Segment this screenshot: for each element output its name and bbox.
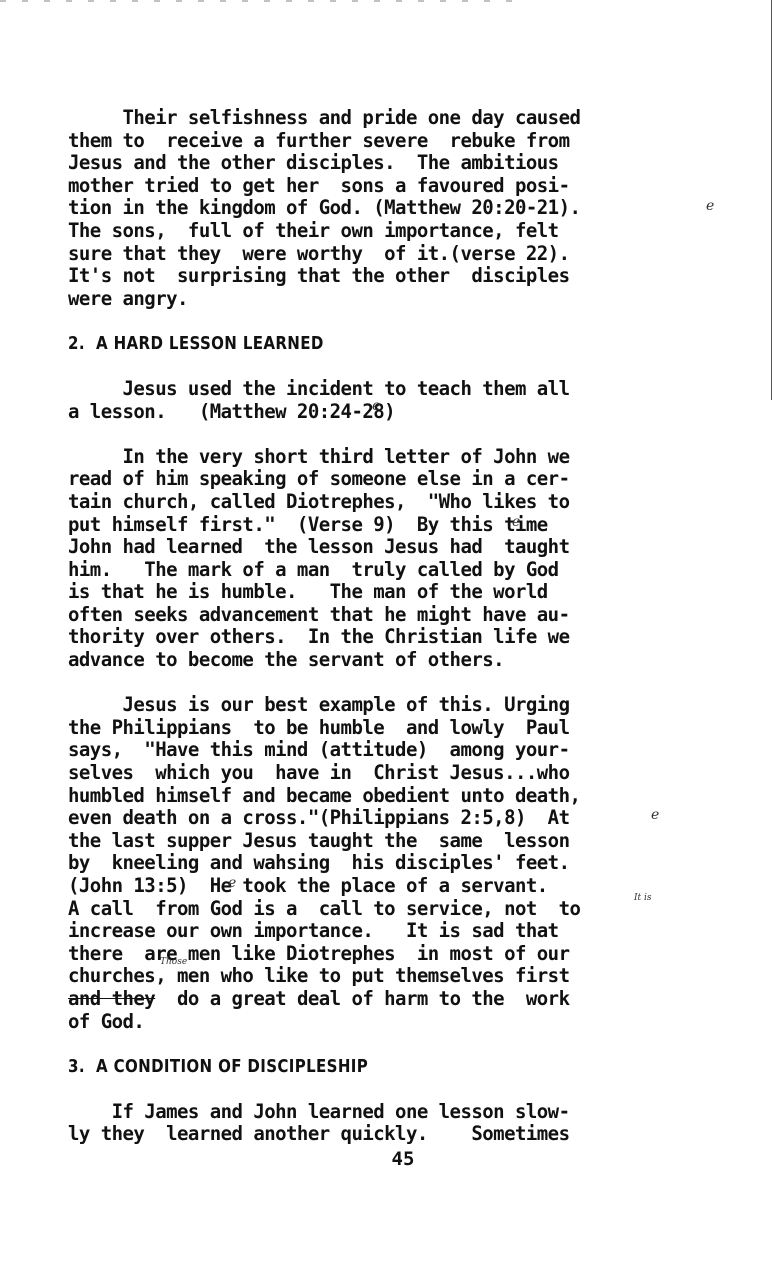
section-heading-2: 2. A HARD LESSON LEARNED xyxy=(68,333,618,355)
text-line: put himself first." (Verse 9) By this ti… xyxy=(68,514,695,537)
section-heading-3: 3. A CONDITION OF DISCIPLESHIP xyxy=(68,1056,618,1078)
page-number: 45 xyxy=(68,1148,708,1170)
struck-text: and they xyxy=(68,987,155,1010)
text-line: often seeks advancement that he might ha… xyxy=(68,604,695,627)
section-2-body: Jesus used the incident to teach them al… xyxy=(68,378,708,1033)
body-paragraph: Jesus is our best example of this. Urgin… xyxy=(68,694,708,1033)
text-line: The sons, full of their own importance, … xyxy=(68,220,695,243)
scan-artifact-top xyxy=(0,0,520,2)
handwritten-check-mark: e xyxy=(372,398,380,414)
text-line: were angry. xyxy=(68,288,695,311)
text-line: Jesus and the other disciples. The ambit… xyxy=(68,152,695,175)
section-3-body: If James and John learned one lesson slo… xyxy=(68,1101,708,1146)
text-line: selves which you have in Christ Jesus...… xyxy=(68,762,695,785)
text-line: It's not surprising that the other disci… xyxy=(68,265,695,288)
text-line: of God. xyxy=(68,1011,695,1034)
text-line: (John 13:5) He took the place of a serva… xyxy=(68,875,695,898)
body-paragraph: Jesus used the incident to teach them al… xyxy=(68,378,708,423)
text-line: mother tried to get her sons a favoured … xyxy=(68,175,695,198)
text-line: advance to become the servant of others. xyxy=(68,649,695,672)
text-line: churches, men who like to put themselves… xyxy=(68,965,695,988)
text-line: Jesus used the incident to teach them al… xyxy=(68,378,695,401)
text-line: by kneeling and wahsing his disciples' f… xyxy=(68,852,695,875)
text-line: Their selfishness and pride one day caus… xyxy=(68,107,695,130)
text-line: tion in the kingdom of God. (Matthew 20:… xyxy=(68,197,695,220)
text-line: In the very short third letter of John w… xyxy=(68,446,695,469)
text-line: them to receive a further severe rebuke … xyxy=(68,130,695,153)
document-page: Their selfishness and pride one day caus… xyxy=(68,107,708,1170)
scan-edge-line xyxy=(771,0,772,400)
text-line: even death on a cross."(Philippians 2:5,… xyxy=(68,807,695,830)
body-paragraph: In the very short third letter of John w… xyxy=(68,446,708,672)
text-line: sure that they were worthy of it.(verse … xyxy=(68,243,695,266)
text-line: Jesus is our best example of this. Urgin… xyxy=(68,694,695,717)
text-line: is that he is humble. The man of the wor… xyxy=(68,581,695,604)
handwritten-insert-it-is: It is xyxy=(634,893,652,903)
text-line: read of him speaking of someone else in … xyxy=(68,468,695,491)
handwritten-check-mark: e xyxy=(228,875,236,891)
text-line: increase our own importance. It is sad t… xyxy=(68,920,695,943)
text-line: If James and John learned one lesson slo… xyxy=(68,1101,695,1124)
text-line: ly they learned another quickly. Sometim… xyxy=(68,1123,695,1146)
intro-paragraph: Their selfishness and pride one day caus… xyxy=(68,107,708,310)
body-paragraph: If James and John learned one lesson slo… xyxy=(68,1101,708,1146)
text-line: John had learned the lesson Jesus had ta… xyxy=(68,536,695,559)
handwritten-check-mark: e xyxy=(651,807,659,823)
handwritten-check-mark: e xyxy=(706,198,714,214)
handwritten-check-mark: e xyxy=(512,514,520,530)
text-line: him. The mark of a man truly called by G… xyxy=(68,559,695,582)
text-line: A call from God is a call to service, no… xyxy=(68,898,695,921)
text-line: says, "Have this mind (attitude) among y… xyxy=(68,739,695,762)
handwritten-insert-those: Those xyxy=(160,957,187,967)
text-line: the last supper Jesus taught the same le… xyxy=(68,830,695,853)
text-line: thority over others. In the Christian li… xyxy=(68,626,695,649)
text-line: tain church, called Diotrephes, "Who lik… xyxy=(68,491,695,514)
text-line: the Philippians to be humble and lowly P… xyxy=(68,717,695,740)
text-line: and they do a great deal of harm to the … xyxy=(68,988,695,1011)
text-line: a lesson. (Matthew 20:24-28) xyxy=(68,401,695,424)
text-line: humbled himself and became obedient unto… xyxy=(68,785,695,808)
